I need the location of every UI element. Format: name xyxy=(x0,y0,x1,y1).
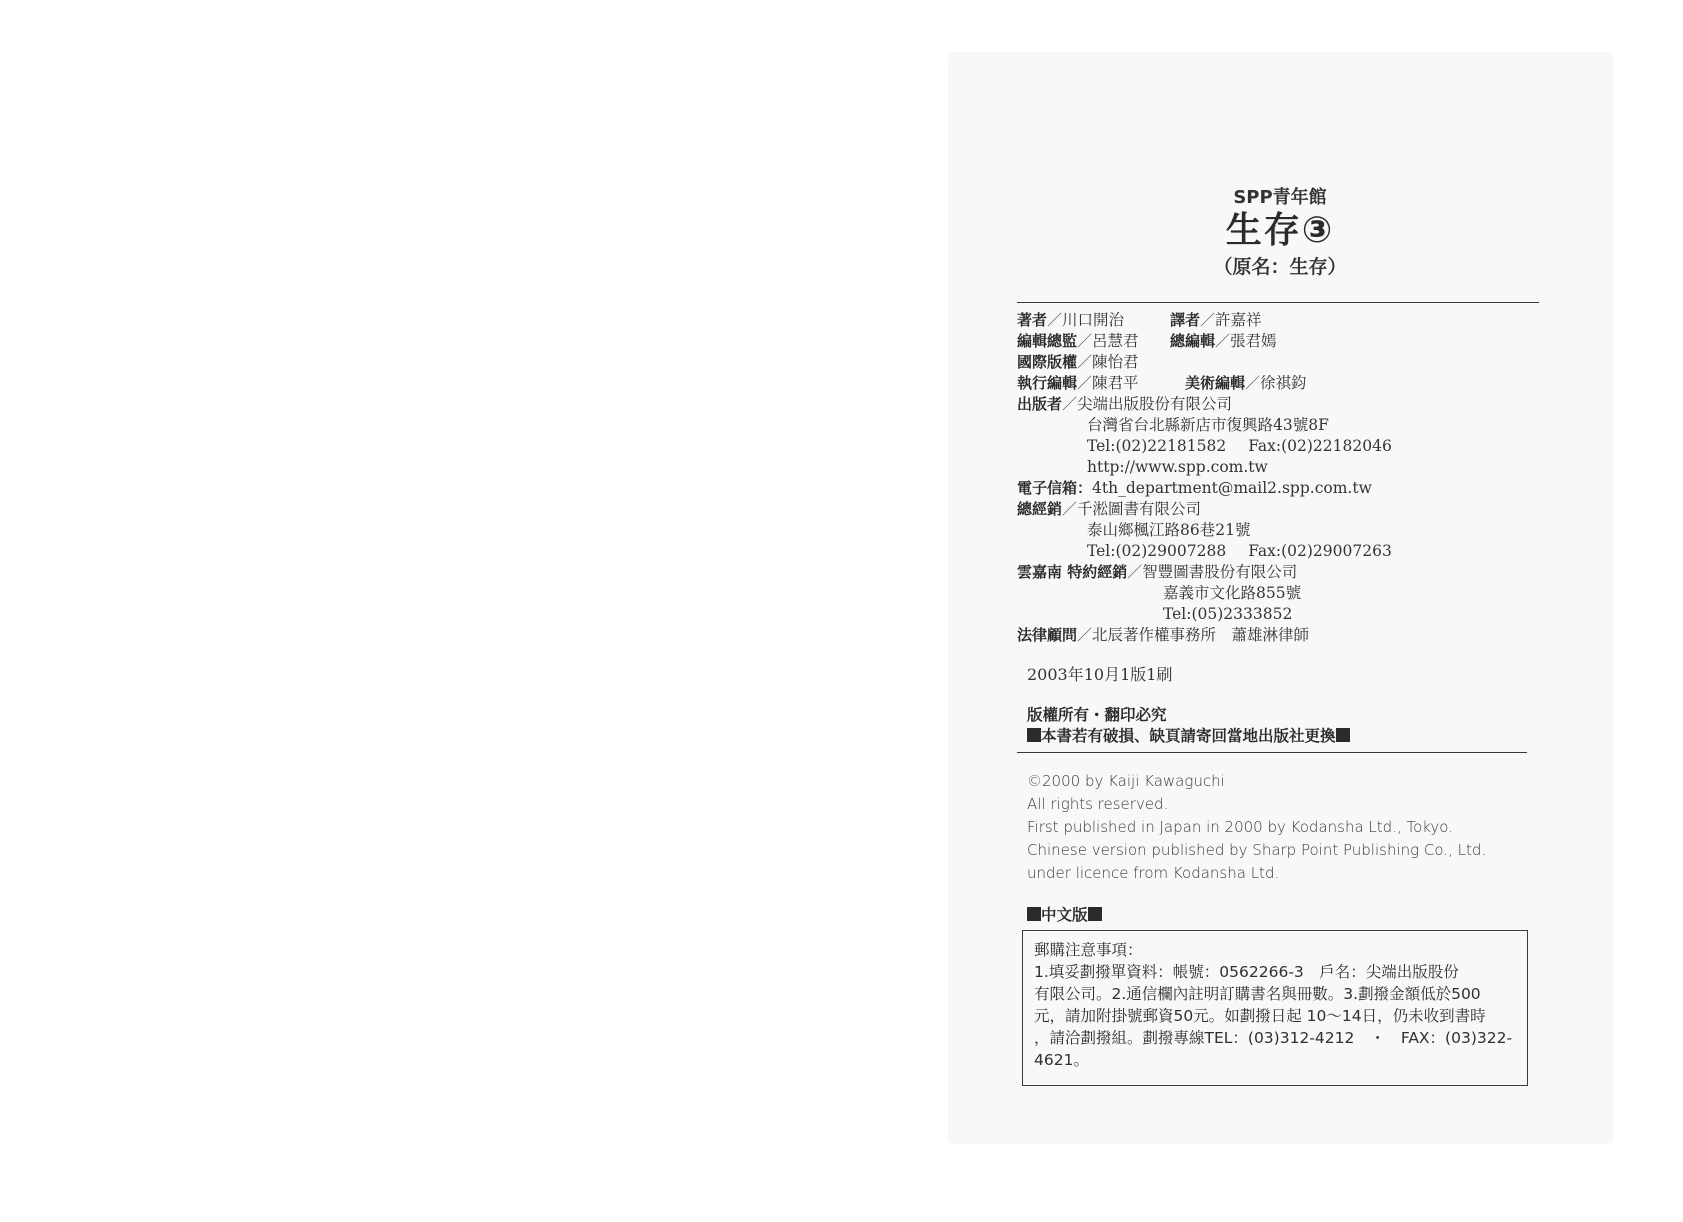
book-title: 生存③ xyxy=(1137,210,1423,252)
mail-order-notice-box: 郵購注意事項： 1.填妥劃撥單資料：帳號：0562266-3 戶名：尖端出版股份… xyxy=(1022,930,1528,1086)
publisher-url: http://www.spp.com.tw xyxy=(1087,458,1268,476)
mail-order-line: 元，請加附掛號郵資50元。如劃撥日起 10～14日，仍未收到書時 xyxy=(1034,1005,1517,1027)
publisher-url-row: http://www.spp.com.tw xyxy=(1017,456,1537,477)
edition-label: 中文版 xyxy=(1027,903,1102,925)
translator-value: 許嘉祥 xyxy=(1215,311,1262,329)
separator: ／ xyxy=(1077,626,1092,644)
publisher-value: 尖端出版股份有限公司 xyxy=(1077,395,1232,413)
separator: ／ xyxy=(1062,395,1077,413)
distributor-address: 泰山鄉楓江路86巷21號 xyxy=(1087,521,1250,539)
square-bullet-icon xyxy=(1027,907,1041,921)
separator: ／ xyxy=(1062,500,1077,518)
regional-tel: Tel:(05)2333852 xyxy=(1163,605,1292,623)
separator: ／ xyxy=(1047,311,1062,329)
rights-reserved-line: All rights reserved. xyxy=(1027,793,1486,816)
exec-editor-value: 陳君平 xyxy=(1092,374,1139,392)
mail-order-heading: 郵購注意事項： xyxy=(1034,939,1517,961)
regional-label: 雲嘉南 特約經銷 xyxy=(1017,563,1127,581)
top-divider xyxy=(1017,302,1539,303)
distributor-address-row: 泰山鄉楓江路86巷21號 xyxy=(1017,519,1537,540)
square-bullet-icon xyxy=(1088,907,1102,921)
credit-row-supervisor: 編輯總監／呂慧君 總編輯／張君嫣 xyxy=(1017,330,1537,351)
edition-date: 2003年10月1版1刷 xyxy=(1027,662,1172,685)
distributor-fax: Fax:(02)29007263 xyxy=(1248,542,1392,560)
mail-order-line: 4621。 xyxy=(1034,1049,1517,1071)
credit-row-regional: 雲嘉南 特約經銷／智豐圖書股份有限公司 xyxy=(1017,561,1537,582)
credit-row-publisher: 出版者／尖端出版股份有限公司 xyxy=(1017,393,1537,414)
regional-phone-row: Tel:(05)2333852 xyxy=(1017,603,1537,624)
publisher-address-row: 台灣省台北縣新店市復興路43號8F xyxy=(1017,414,1537,435)
mail-order-line: ，請洽劃撥組。劃撥專線TEL：(03)312-4212 ・ FAX：(03)32… xyxy=(1034,1027,1517,1049)
english-copyright: ©2000 by Kaiji Kawaguchi All rights rese… xyxy=(1027,770,1486,885)
distributor-tel: Tel:(02)29007288 xyxy=(1087,542,1226,560)
regional-address: 嘉義市文化路855號 xyxy=(1163,584,1301,602)
distributor-value: 千淞圖書有限公司 xyxy=(1077,500,1201,518)
separator: ／ xyxy=(1200,311,1215,329)
credit-row-intl-rights: 國際版權／陳怡君 xyxy=(1017,351,1537,372)
credit-row-author: 著者／川口開治 譯者／許嘉祥 xyxy=(1017,309,1537,330)
email-label: 電子信箱 xyxy=(1017,479,1077,497)
rights-line-2: 本書若有破損、缺頁請寄回當地出版社更換 xyxy=(1027,726,1350,747)
editor-in-chief-label: 總編輯 xyxy=(1170,332,1215,350)
mail-order-line: 有限公司。2.通信欄內註明訂購書名與冊數。3.劃撥金額低於500 xyxy=(1034,983,1517,1005)
regional-address-row: 嘉義市文化路855號 xyxy=(1017,582,1537,603)
first-published-line: First published in Japan in 2000 by Koda… xyxy=(1027,816,1486,839)
publisher-phone-row: Tel:(02)22181582Fax:(02)22182046 xyxy=(1017,435,1537,456)
rights-line-1: 版權所有・翻印必究 xyxy=(1027,705,1350,726)
separator: ／ xyxy=(1127,563,1142,581)
intl-rights-value: 陳怡君 xyxy=(1092,353,1139,371)
distributor-phone-row: Tel:(02)29007288Fax:(02)29007263 xyxy=(1017,540,1537,561)
title-block: SPP青年館 生存③ （原名：生存） xyxy=(1137,186,1423,282)
chief-supervisor-label: 編輯總監 xyxy=(1017,332,1077,350)
author-value: 川口開治 xyxy=(1062,311,1124,329)
rights-notice: 版權所有・翻印必究 本書若有破損、缺頁請寄回當地出版社更換 xyxy=(1027,705,1350,747)
separator: ／ xyxy=(1245,374,1260,392)
art-editor-label: 美術編輯 xyxy=(1185,374,1245,392)
separator: ／ xyxy=(1077,374,1092,392)
rights-line-2-text: 本書若有破損、缺頁請寄回當地出版社更換 xyxy=(1041,727,1336,745)
art-editor-value: 徐祺鈞 xyxy=(1260,374,1307,392)
exec-editor-label: 執行編輯 xyxy=(1017,374,1077,392)
separator: ／ xyxy=(1077,353,1092,371)
credit-row-email: 電子信箱：4th_department@mail2.spp.com.tw xyxy=(1017,477,1537,498)
distributor-label: 總經銷 xyxy=(1017,500,1062,518)
separator: ／ xyxy=(1215,332,1230,350)
publisher-fax: Fax:(02)22182046 xyxy=(1248,437,1392,455)
copyright-line: ©2000 by Kaiji Kawaguchi xyxy=(1027,770,1486,793)
chief-supervisor-value: 呂慧君 xyxy=(1092,332,1139,350)
series-name: SPP青年館 xyxy=(1137,186,1423,210)
email-value: 4th_department@mail2.spp.com.tw xyxy=(1092,479,1372,497)
credits-list: 著者／川口開治 譯者／許嘉祥 編輯總監／呂慧君 總編輯／張君嫣 國際版權／陳怡君… xyxy=(1017,309,1537,645)
credit-row-exec-editor: 執行編輯／陳君平 美術編輯／徐祺鈞 xyxy=(1017,372,1537,393)
middle-divider xyxy=(1017,752,1527,753)
credit-row-legal: 法律顧問／北辰著作權事務所 蕭雄淋律師 xyxy=(1017,624,1537,645)
edition-label-text: 中文版 xyxy=(1041,906,1088,924)
separator: ／ xyxy=(1077,332,1092,350)
chinese-version-line: Chinese version published by Sharp Point… xyxy=(1027,839,1486,862)
colon: ： xyxy=(1077,479,1092,497)
legal-label: 法律顧問 xyxy=(1017,626,1077,644)
colophon-page: SPP青年館 生存③ （原名：生存） 著者／川口開治 譯者／許嘉祥 編輯總監／呂… xyxy=(1017,0,1537,1222)
intl-rights-label: 國際版權 xyxy=(1017,353,1077,371)
square-bullet-icon xyxy=(1027,728,1041,742)
square-bullet-icon xyxy=(1336,728,1350,742)
credit-row-distributor: 總經銷／千淞圖書有限公司 xyxy=(1017,498,1537,519)
regional-value: 智豐圖書股份有限公司 xyxy=(1142,563,1297,581)
publisher-tel: Tel:(02)22181582 xyxy=(1087,437,1226,455)
translator-label: 譯者 xyxy=(1170,311,1200,329)
publisher-address: 台灣省台北縣新店市復興路43號8F xyxy=(1087,416,1329,434)
legal-value: 北辰著作權事務所 蕭雄淋律師 xyxy=(1092,626,1309,644)
mail-order-line: 1.填妥劃撥單資料：帳號：0562266-3 戶名：尖端出版股份 xyxy=(1034,961,1517,983)
original-title: （原名：生存） xyxy=(1137,252,1423,282)
editor-in-chief-value: 張君嫣 xyxy=(1230,332,1277,350)
licence-line: under licence from Kodansha Ltd. xyxy=(1027,862,1486,885)
author-label: 著者 xyxy=(1017,311,1047,329)
publisher-label: 出版者 xyxy=(1017,395,1062,413)
